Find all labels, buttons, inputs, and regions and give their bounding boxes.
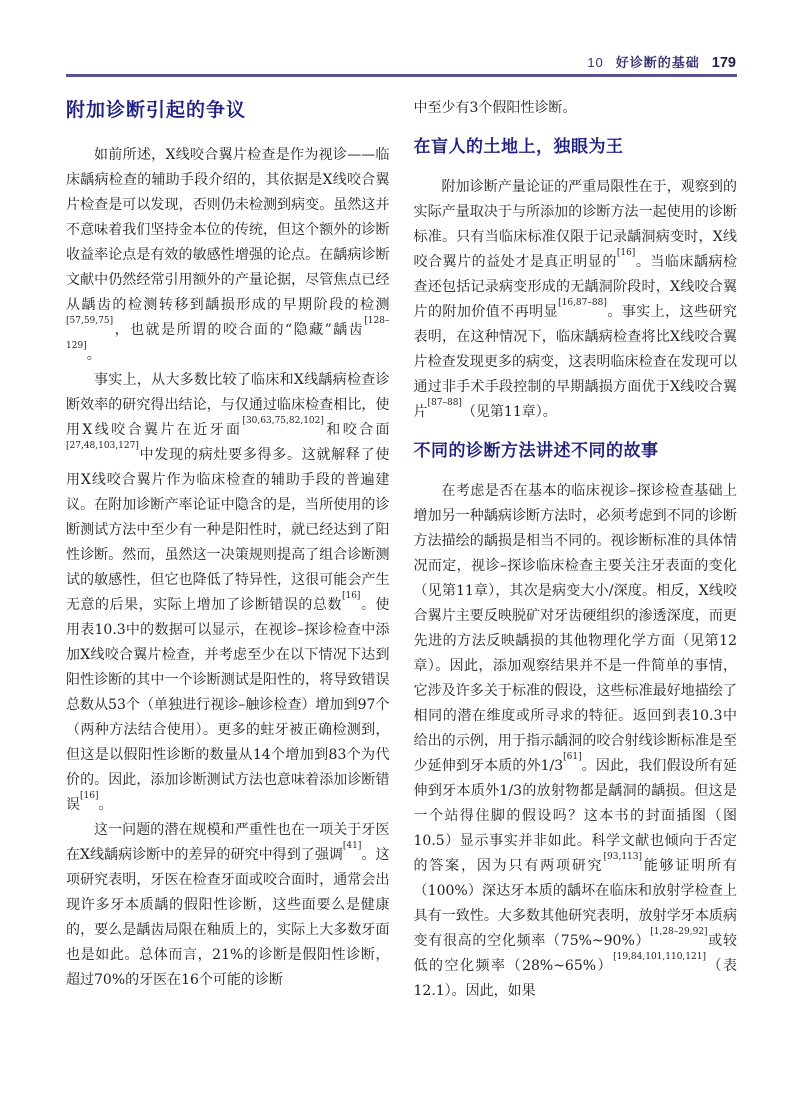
citation-ref: [19,84,101,110,121] [613, 952, 706, 962]
paragraph-continuation: 中至少有3个假阳性诊断。 [414, 96, 738, 121]
citation-ref: [16] [342, 591, 360, 601]
sub-heading-one-eyed-king: 在盲人的土地上，独眼为王 [414, 135, 738, 159]
citation-ref: [27,48,103,127] [66, 441, 139, 451]
citation-ref: [16] [617, 248, 635, 258]
right-column: 中至少有3个假阳性诊断。 在盲人的土地上，独眼为王 附加诊断产量论证的严重局限性… [414, 96, 738, 1004]
section-heading: 附加诊断引起的争议 [66, 98, 390, 124]
citation-ref: [57,59,75] [66, 316, 113, 326]
citation-ref: [93,113] [604, 852, 643, 862]
citation-ref: [1,28–29,92] [650, 927, 707, 937]
sub-heading-different-methods: 不同的诊断方法讲述不同的故事 [414, 439, 738, 463]
running-head: 10 好诊断的基础 179 [587, 52, 736, 71]
paragraph: 附加诊断产量论证的严重局限性在于，观察到的实际产量取决于与所添加的诊断方法一起使… [414, 175, 738, 425]
citation-ref: [16,87–88] [558, 298, 607, 308]
citation-ref: [61] [563, 752, 581, 762]
citation-ref: [30,63,75,82,102] [242, 416, 323, 426]
citation-ref: [87–88] [428, 398, 462, 408]
citation-ref: [128–129] [66, 316, 390, 351]
paragraph: 在考虑是否在基本的临床视诊–探诊检查基础上增加另一种龋病诊断方法时，必须考虑到不… [414, 479, 738, 1004]
citation-ref: [41] [343, 841, 361, 851]
book-page: 10 好诊断的基础 179 附加诊断引起的争议 如前所述，X线咬合翼片检查是作为… [0, 0, 800, 1093]
two-column-text: 附加诊断引起的争议 如前所述，X线咬合翼片检查是作为视诊——临床龋病检查的辅助手… [66, 96, 737, 1004]
chapter-title: 好诊断的基础 [616, 52, 700, 71]
chapter-number: 10 [587, 55, 603, 70]
citation-ref: [16] [80, 791, 98, 801]
page-number: 179 [712, 55, 736, 71]
paragraph: 事实上，从大多数比较了临床和X线龋病检查诊断效率的研究得出结论，与仅通过临床检查… [66, 368, 390, 818]
paragraph: 这一问题的潜在规模和严重性也在一项关于牙医在X线龋病诊断中的差异的研究中得到了强… [66, 818, 390, 993]
paragraph: 如前所述，X线咬合翼片检查是作为视诊——临床龋病检查的辅助手段介绍的，其依据是X… [66, 143, 390, 368]
left-column: 附加诊断引起的争议 如前所述，X线咬合翼片检查是作为视诊——临床龋病检查的辅助手… [66, 96, 390, 1004]
header-rule [66, 74, 737, 77]
